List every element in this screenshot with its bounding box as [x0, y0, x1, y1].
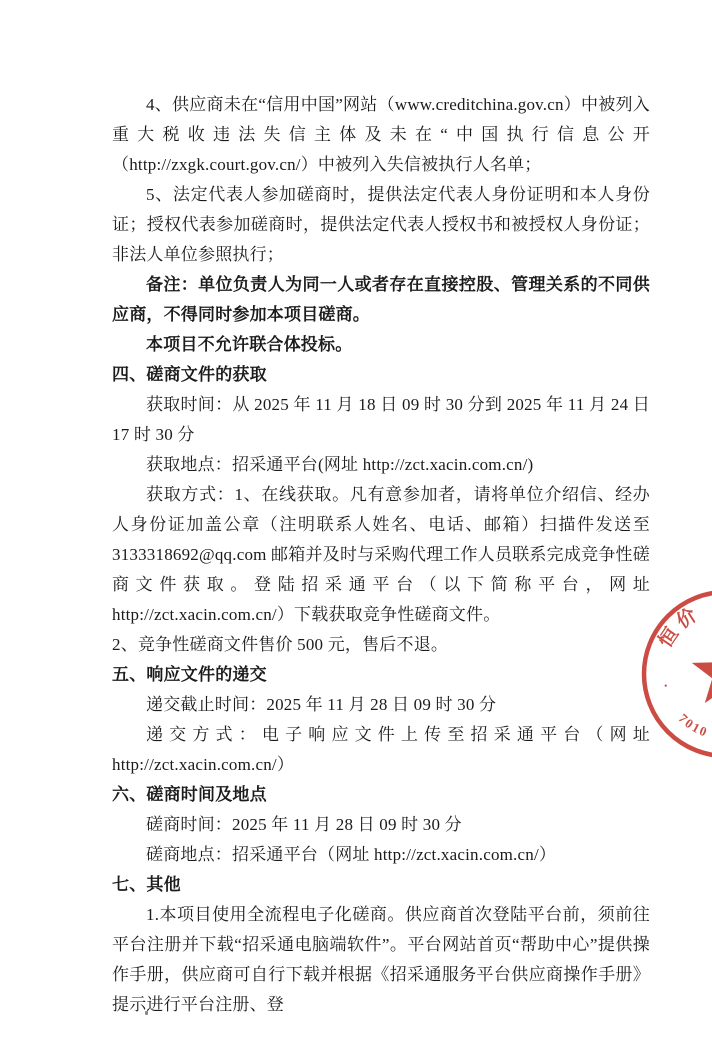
scan-speck: [145, 1011, 148, 1015]
paragraph: 递交方式：电子响应文件上传至招采通平台（网址 http://zct.xacin.…: [112, 720, 650, 780]
section-heading: 四、磋商文件的获取: [112, 360, 650, 390]
paragraph: 1.本项目使用全流程电子化磋商。供应商首次登陆平台前，须前往平台注册并下载“招采…: [112, 900, 650, 1020]
paragraph: 获取方式：1、在线获取。凡有意参加者，请将单位介绍信、经办人身份证加盖公章（注明…: [112, 480, 650, 630]
paragraph: 本项目不允许联合体投标。: [112, 330, 650, 360]
paragraph: 磋商地点：招采通平台（网址 http://zct.xacin.com.cn/）: [112, 840, 650, 870]
paragraph: 4、供应商未在“信用中国”网站（www.creditchina.gov.cn）中…: [112, 90, 650, 180]
paragraph: 递交截止时间：2025 年 11 月 28 日 09 时 30 分: [112, 690, 650, 720]
paragraph: 备注：单位负责人为同一人或者存在直接控股、管理关系的不同供应商，不得同时参加本项…: [112, 270, 650, 330]
seal-code: 7010 40: [676, 711, 712, 744]
official-seal-stamp: 恒价 · 7010 40: [632, 584, 712, 774]
document-page: 4、供应商未在“信用中国”网站（www.creditchina.gov.cn）中…: [0, 0, 712, 1053]
paragraph: 获取时间：从 2025 年 11 月 18 日 09 时 30 分到 2025 …: [112, 390, 650, 450]
section-heading: 七、其他: [112, 870, 650, 900]
document-body: 4、供应商未在“信用中国”网站（www.creditchina.gov.cn）中…: [112, 90, 650, 1020]
paragraph: 5、法定代表人参加磋商时，提供法定代表人身份证明和本人身份证；授权代表参加磋商时…: [112, 180, 650, 270]
paragraph: 2、竞争性磋商文件售价 500 元，售后不退。: [112, 630, 650, 660]
paragraph: 获取地点：招采通平台(网址 http://zct.xacin.com.cn/): [112, 450, 650, 480]
paragraph: 磋商时间：2025 年 11 月 28 日 09 时 30 分: [112, 810, 650, 840]
section-heading: 六、磋商时间及地点: [112, 780, 650, 810]
section-heading: 五、响应文件的递交: [112, 660, 650, 690]
star-icon: [692, 638, 712, 703]
seal-separator-dot: ·: [657, 682, 673, 689]
